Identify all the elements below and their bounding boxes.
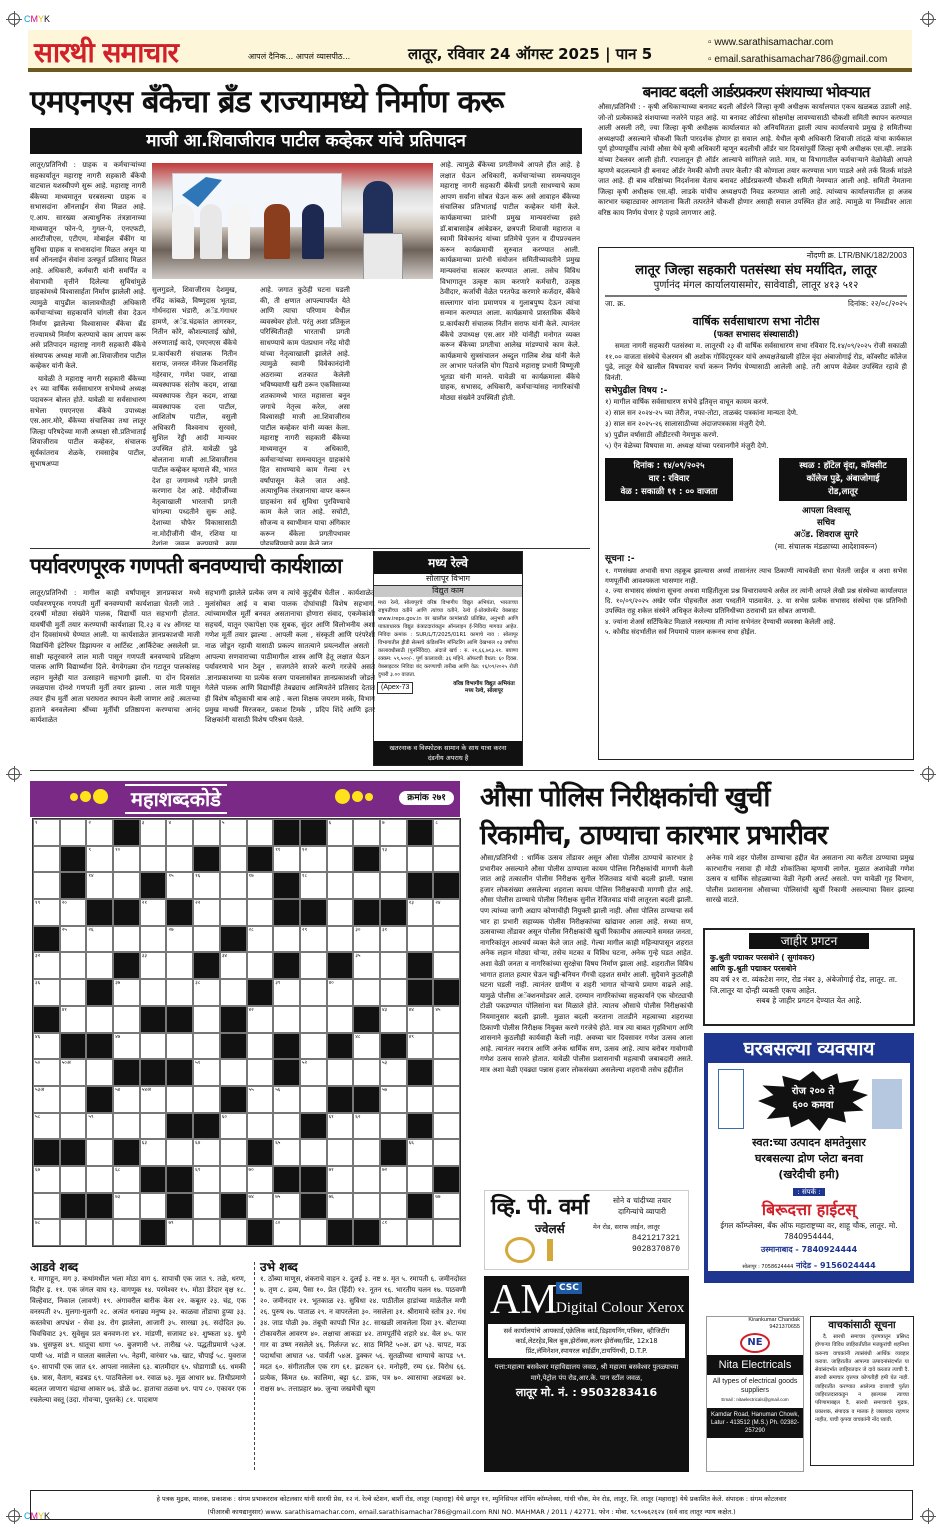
crossword-cell[interactable]: ६३: [140, 1139, 167, 1166]
crossword-cell[interactable]: ६२: [353, 1113, 380, 1140]
xerox-services: सर्व कार्यालयांचे आयकार्ड,एक्रेलिक कार्ड…: [488, 1324, 685, 1358]
crossword-cell[interactable]: [353, 979, 380, 1006]
crossword-cell[interactable]: [300, 979, 327, 1006]
crossword-cell[interactable]: २८: [247, 926, 274, 953]
ad-code: (Apex-73: [377, 682, 413, 693]
crossword-cell[interactable]: [166, 952, 193, 979]
crossword-block: [33, 1006, 60, 1033]
crossword-cell[interactable]: [327, 1006, 354, 1033]
crossword-cell[interactable]: ४०: [327, 979, 354, 1006]
xerox-phone: लातूर मो. नं. : 9503283416: [488, 1386, 685, 1401]
crossword-block: [327, 1219, 354, 1246]
agenda-item: २) साल सन २०२४-२५ च्या तेरीज, नफा-तोटा, …: [605, 408, 907, 419]
lead-column-3: आहे. जगात कुठेही घटना घडली की, ती क्षणात…: [260, 285, 350, 545]
side-headline: बनावट बदली आर्डरप्रकरण संशयाच्या भोवऱ्या…: [600, 82, 912, 102]
crossword-block: [86, 1086, 113, 1113]
crossword-cell[interactable]: ६८: [113, 1166, 140, 1193]
crossword-cell[interactable]: ६७: [33, 1166, 60, 1193]
crossword-cell[interactable]: ७३: [113, 1193, 140, 1220]
crossword-block: [300, 1193, 327, 1220]
crossword-block: [247, 979, 274, 1006]
crossword-cell[interactable]: ६९: [193, 1166, 220, 1193]
crossword-cell[interactable]: [300, 1219, 327, 1246]
crossword-cell[interactable]: ५५: [247, 1086, 274, 1113]
crossword-block: [86, 979, 113, 1006]
jeweller-ad: व्हि. पी. वर्मा ज्वेलर्स सोने व चांदीच्य…: [484, 1190, 689, 1270]
registration-mark-icon: [8, 768, 20, 780]
crossword-cell[interactable]: [166, 1033, 193, 1060]
crossword-grid[interactable]: १२३४५६७८९१०१११२१३१४१५१६१७१८१९२०२१२२२३२४२…: [32, 818, 461, 1247]
crossword-cell[interactable]: ५३अ: [33, 1086, 60, 1113]
crossword-block: [247, 1219, 274, 1246]
crossword-cell[interactable]: ७६: [327, 1193, 354, 1220]
crossword-cell[interactable]: [247, 819, 274, 846]
notice-subtitle: (फक्त सभासद संस्थासाठी): [605, 330, 907, 341]
crossword-cell[interactable]: १५: [166, 872, 193, 899]
crossword-cell[interactable]: [86, 1059, 113, 1086]
crossword-cell[interactable]: [407, 846, 434, 873]
crossword-cell[interactable]: [113, 926, 140, 953]
crossword-cell[interactable]: [193, 1219, 220, 1246]
crossword-cell[interactable]: ४९: [407, 1033, 434, 1060]
crossword-cell[interactable]: [140, 979, 167, 1006]
crossword-cell[interactable]: ७१: [327, 1166, 354, 1193]
crossword-cell[interactable]: १८: [300, 872, 327, 899]
crossword-cell[interactable]: [273, 1006, 300, 1033]
crossword-cell[interactable]: [380, 979, 407, 1006]
crossword-cell[interactable]: [407, 1166, 434, 1193]
crossword-cell[interactable]: ६५: [273, 1139, 300, 1166]
crossword-cell[interactable]: [86, 1139, 113, 1166]
crossword-cell[interactable]: [353, 1139, 380, 1166]
crossword-cell[interactable]: ६१: [327, 1113, 354, 1140]
crossword-cell[interactable]: ३९: [273, 979, 300, 1006]
crossword-cell[interactable]: [433, 1033, 460, 1060]
podium: [363, 233, 403, 279]
crossword-cell[interactable]: [220, 846, 247, 873]
public-notice-title: जाहीर प्रगटन: [749, 933, 869, 949]
crossword-cell[interactable]: २४: [433, 899, 460, 926]
crossword-cell[interactable]: [33, 1193, 60, 1220]
notice-title: वार्षिक सर्वसाधारण सभा नोटीस: [605, 315, 907, 330]
crossword-cell[interactable]: ७४: [247, 1193, 274, 1220]
crossword-cell[interactable]: [193, 819, 220, 846]
org-address: पुर्णानंद मंगल कार्यालयासमोर, सावेवाडी, …: [605, 279, 907, 297]
ganpati-headline: पर्यावरणपूरक गणपती बनवण्याची कार्यशाळा: [30, 552, 370, 580]
crossword-cell[interactable]: [433, 1059, 460, 1086]
crossword-cell[interactable]: [220, 1219, 247, 1246]
crossword-cell[interactable]: [166, 1139, 193, 1166]
cmyk-mark: CMYK: [24, 13, 50, 25]
crossword-block: [60, 1139, 87, 1166]
crossword-block: [300, 819, 327, 846]
crossword-cell[interactable]: ४६: [33, 1033, 60, 1060]
decorative-dots-icon: [70, 789, 120, 809]
crossword-block: [433, 872, 460, 899]
crossword-cell[interactable]: [220, 1166, 247, 1193]
crossword-cell[interactable]: [113, 1006, 140, 1033]
crossword-cell[interactable]: ४४: [407, 1006, 434, 1033]
crossword-cell[interactable]: ५२: [300, 1059, 327, 1086]
crossword-cell[interactable]: ३२: [33, 952, 60, 979]
crossword-cell[interactable]: [140, 846, 167, 873]
crossword-block: [407, 1193, 434, 1220]
crossword-block: [86, 899, 113, 926]
crossword-cell[interactable]: [380, 952, 407, 979]
crossword-cell[interactable]: ५०: [33, 1059, 60, 1086]
crossword-block: [60, 846, 87, 873]
crossword-cell[interactable]: [220, 1059, 247, 1086]
crossword-cell[interactable]: [300, 1086, 327, 1113]
crossword-cell[interactable]: ३६: [33, 979, 60, 1006]
decorative-dots-icon: [335, 789, 385, 809]
crossword-block: [220, 926, 247, 953]
crossword-cell[interactable]: [193, 1086, 220, 1113]
ref-label: जा. क्र.: [605, 299, 625, 309]
crossword-cell[interactable]: [60, 1113, 87, 1140]
crossword-cell[interactable]: ५०अ: [60, 1059, 87, 1086]
crossword-cell[interactable]: [60, 1086, 87, 1113]
crossword-cell[interactable]: [407, 926, 434, 953]
crossword-cell[interactable]: [33, 846, 60, 873]
crossword-cell[interactable]: [140, 1033, 167, 1060]
crossword-cell[interactable]: ९: [86, 846, 113, 873]
reader-notice: वाचकांसाठी सूचना दै. सारथी समाचार वृत्तप…: [810, 1316, 914, 1466]
crossword-cell[interactable]: ७९: [166, 1219, 193, 1246]
crossword-cell[interactable]: [113, 872, 140, 899]
crossword-cell[interactable]: १४: [86, 872, 113, 899]
crossword-block: [140, 1059, 167, 1086]
crossword-cell[interactable]: ७५: [273, 1193, 300, 1220]
crossword-cell[interactable]: ५९: [86, 1113, 113, 1140]
railway-safety-footer: खतरनाक व विस्फोटक सामान के साथ यात्रा कर…: [374, 741, 522, 765]
crossword-cell[interactable]: [300, 952, 327, 979]
lead-column-2: सुलगुडले, शिवाजीराव देशमुख, रविंद्र कांब…: [152, 285, 237, 545]
meeting-when: दिनांक : १४/०९/२०२५वार : रविवारवेळ : सका…: [605, 458, 733, 501]
crossword-block: [273, 952, 300, 979]
crossword-cell[interactable]: १३: [380, 846, 407, 873]
crossword-cell[interactable]: ३४: [220, 952, 247, 979]
machine-image: [872, 1079, 902, 1129]
crossword-cell[interactable]: [407, 1086, 434, 1113]
crossword-cell[interactable]: [380, 1113, 407, 1140]
crossword-block: [407, 872, 434, 899]
crossword-cell[interactable]: [327, 926, 354, 953]
xerox-ad: AM CSC Digital Colour Xerox सर्व कार्याल…: [484, 1276, 689, 1472]
crossword-cell[interactable]: ४५: [433, 1006, 460, 1033]
crossword-cell[interactable]: १०: [113, 846, 140, 873]
masthead: सारथी समाचार आपलं दैनिक... आपलं व्यासपीठ…: [28, 30, 912, 72]
crossword-cell[interactable]: [113, 1219, 140, 1246]
crossword-block: [33, 1139, 60, 1166]
crossword-cell[interactable]: ८०: [273, 1219, 300, 1246]
crossword-cell[interactable]: ७२: [380, 1166, 407, 1193]
crossword-block: [407, 979, 434, 1006]
crossword-cell[interactable]: ५: [220, 819, 247, 846]
crossword-cell[interactable]: [247, 1059, 274, 1086]
crossword-cell[interactable]: ४१: [60, 1006, 87, 1033]
crossword-block: [407, 952, 434, 979]
crossword-cell[interactable]: [33, 872, 60, 899]
crossword-block: [86, 1193, 113, 1220]
crossword-block: [407, 1059, 434, 1086]
crossword-cell[interactable]: [353, 1059, 380, 1086]
crossword-cell[interactable]: २९: [300, 926, 327, 953]
crossword-cell[interactable]: ३१: [380, 926, 407, 953]
crossword-cell[interactable]: २६: [86, 926, 113, 953]
crossword-cell[interactable]: [140, 926, 167, 953]
crossword-cell[interactable]: ४३: [380, 1006, 407, 1033]
crossword-cell[interactable]: [113, 1113, 140, 1140]
meeting-where: स्थळ : हॉटेल वृंदा, कॉक्सीटकॉलेज पुढे, अ…: [779, 458, 907, 501]
crossword-cell[interactable]: [433, 926, 460, 953]
crossword-block: [273, 1033, 300, 1060]
crossword-cell[interactable]: [327, 846, 354, 873]
police-column-2: अनेक गावे शहर पोलीस ठाण्याचा हद्दीत येत …: [706, 853, 914, 928]
crossword-block: [113, 952, 140, 979]
crossword-cell[interactable]: [353, 1166, 380, 1193]
crossword-block: [353, 1006, 380, 1033]
crossword-cell[interactable]: [273, 1113, 300, 1140]
crossword-cell[interactable]: [247, 1033, 274, 1060]
crossword-cell[interactable]: [247, 1113, 274, 1140]
imprint-footer: हे पत्रक मुद्रक, मालक, प्रकाशक : संगम प्…: [30, 1490, 913, 1520]
crossword-cell[interactable]: [433, 1113, 460, 1140]
crossword-cell[interactable]: [140, 1193, 167, 1220]
crossword-cell[interactable]: २: [86, 819, 113, 846]
crossword-cell[interactable]: ८१: [380, 1219, 407, 1246]
newspaper-logo: सारथी समाचार: [34, 34, 178, 72]
crossword-cell[interactable]: [86, 1006, 113, 1033]
crossword-cell[interactable]: ४: [166, 819, 193, 846]
crossword-cell[interactable]: [433, 846, 460, 873]
crossword-cell[interactable]: ५६: [273, 1086, 300, 1113]
side-story-body: औसा/प्रतिनिधी : - कृषी अधिकाऱ्याच्या बना…: [598, 102, 912, 242]
crossword-cell[interactable]: ५४अ: [140, 1086, 167, 1113]
crossword-cell[interactable]: ५१: [193, 1059, 220, 1086]
crossword-block: [300, 1113, 327, 1140]
crossword-cell[interactable]: [60, 1219, 87, 1246]
crossword-block: [273, 899, 300, 926]
crossword-cell[interactable]: १६: [193, 872, 220, 899]
crossword-cell[interactable]: [193, 926, 220, 953]
necklace-icon: [547, 1239, 553, 1261]
agenda-title: सभेपुढील विषय :-: [605, 385, 907, 397]
crossword-block: [380, 1033, 407, 1060]
crossword-cell[interactable]: [353, 1193, 380, 1220]
crossword-block: [247, 846, 274, 873]
crossword-cell[interactable]: २५: [60, 926, 87, 953]
crossword-cell[interactable]: १७: [247, 872, 274, 899]
crossword-block: [380, 899, 407, 926]
registration-mark-icon: [922, 1510, 934, 1522]
crossword-cell[interactable]: [140, 1113, 167, 1140]
crossword-cell[interactable]: ४२: [247, 1006, 274, 1033]
crossword-cell[interactable]: [327, 1139, 354, 1166]
crossword-block: [60, 1033, 87, 1060]
railway-title: मध्य रेल्वे: [374, 552, 522, 574]
jeweller-sub: ज्वेलर्स: [535, 1221, 565, 1237]
crossword-cell[interactable]: [353, 819, 380, 846]
crossword-block: [380, 1139, 407, 1166]
machine-image: [718, 1069, 744, 1129]
crossword-block: [113, 819, 140, 846]
registration-number: नोंदणी क्र. LTR/BNK/182/2003: [605, 251, 907, 262]
crossword-cell[interactable]: ३०: [353, 926, 380, 953]
crossword-cell[interactable]: ५७: [380, 1086, 407, 1113]
starburst: रोज २०० ते ६०० कमवा: [758, 1071, 868, 1131]
crossword-cell[interactable]: [327, 872, 354, 899]
crossword-cell[interactable]: [433, 1139, 460, 1166]
crossword-cell[interactable]: [327, 899, 354, 926]
crossword-cell[interactable]: ५३: [380, 1059, 407, 1086]
crossword-cell[interactable]: ३: [140, 819, 167, 846]
crossword-cell[interactable]: ७: [380, 819, 407, 846]
crossword-block: [113, 1059, 140, 1086]
crossword-cell[interactable]: ११: [273, 846, 300, 873]
crossword-cell[interactable]: [247, 899, 274, 926]
crossword-cell[interactable]: २०: [60, 899, 87, 926]
reader-notice-title: वाचकांसाठी सूचना: [815, 1319, 909, 1333]
crossword-block: [140, 872, 167, 899]
crossword-cell[interactable]: [193, 1193, 220, 1220]
crossword-cell[interactable]: ६४: [193, 1139, 220, 1166]
xerox-address: पत्ता:महात्मा बसवेश्वर महाविद्यालय जवळ, …: [488, 1362, 685, 1383]
crossword-block: [140, 1006, 167, 1033]
crossword-cell[interactable]: ७०: [247, 1166, 274, 1193]
crossword-cell[interactable]: [433, 952, 460, 979]
crossword-cell[interactable]: १९: [33, 899, 60, 926]
crossword-block: [433, 979, 460, 1006]
crossword-cell[interactable]: [220, 872, 247, 899]
registration-mark-icon: [8, 13, 20, 25]
crossword-block: [407, 1113, 434, 1140]
crossword-cell[interactable]: ६६: [407, 1139, 434, 1166]
crossword-cell[interactable]: २१: [140, 899, 167, 926]
crossword-cell[interactable]: [300, 1139, 327, 1166]
railway-work: विद्युत काम: [374, 586, 522, 597]
crossword-block: [327, 952, 354, 979]
crossword-cell[interactable]: १: [33, 819, 60, 846]
lead-photo: [152, 163, 433, 279]
crossword-cell[interactable]: [327, 1059, 354, 1086]
crossword-cell[interactable]: [380, 1193, 407, 1220]
crossword-cell[interactable]: [273, 926, 300, 953]
crossword-cell[interactable]: [86, 1219, 113, 1246]
crossword-cell[interactable]: [220, 899, 247, 926]
crossword-block: [166, 1113, 193, 1140]
crossword-cell[interactable]: [353, 872, 380, 899]
crossword-cell[interactable]: [60, 819, 87, 846]
crossword-block: [166, 1006, 193, 1033]
crossword-cell[interactable]: [166, 979, 193, 1006]
crossword-block: [193, 952, 220, 979]
crossword-cell[interactable]: ३८: [193, 979, 220, 1006]
crossword-block: [300, 1166, 327, 1193]
railway-body: मध्य रेल्वे, सोलापूरचे वरिष्ठ विभागीय वि…: [374, 597, 522, 681]
crossword-cell[interactable]: [166, 846, 193, 873]
public-notice: जाहीर प्रगटन कु.श्रुती पद्माकर परसबोने (…: [703, 928, 915, 1026]
lead-column-1: लातूर/प्रतिनिधी : ग्राहक व कर्मचाऱ्यांच्…: [30, 160, 146, 544]
crossword-cell[interactable]: ५८: [33, 1113, 60, 1140]
crossword-cell[interactable]: [433, 1086, 460, 1113]
crossword-block: [220, 1193, 247, 1220]
crossword-block: [113, 1139, 140, 1166]
crossword-cell[interactable]: [193, 1033, 220, 1060]
crossword-cell[interactable]: [300, 1006, 327, 1033]
crossword-block: [273, 819, 300, 846]
crossword-cell[interactable]: [60, 952, 87, 979]
crossword-cell[interactable]: २७: [166, 926, 193, 953]
crossword-cell[interactable]: ७७: [433, 1193, 460, 1220]
crossword-block: [193, 846, 220, 873]
crossword-header: महाशब्दकोडे क्रमांक २७१: [30, 781, 460, 817]
crossword-cell[interactable]: [220, 1139, 247, 1166]
crossword-cell[interactable]: [407, 1219, 434, 1246]
crossword-cell[interactable]: [247, 952, 274, 979]
crossword-cell[interactable]: [380, 872, 407, 899]
crossword-cell[interactable]: [60, 1166, 87, 1193]
crossword-cell[interactable]: ४८: [353, 1033, 380, 1060]
agm-notice: नोंदणी क्र. LTR/BNK/182/2003 लातूर जिल्ह…: [598, 247, 914, 760]
registration-mark-icon: [922, 13, 934, 25]
crossword-cell[interactable]: [86, 1166, 113, 1193]
lead-subheadline: माजी आ.शिवाजीराव पाटील कव्हेकर यांचे प्र…: [30, 128, 582, 154]
notice-body: समता नागरी सहकारी पतसंस्था म. लातूरची २३…: [605, 341, 907, 383]
agenda-item: ५) ऐन वेळेच्या विषयास मा. अध्यक्ष यांच्य…: [605, 441, 907, 452]
crossword-cell[interactable]: ६: [327, 819, 354, 846]
crossword-cell[interactable]: १२: [300, 846, 327, 873]
electrical-name: Nita Electricals: [707, 1355, 803, 1375]
crossword-cell[interactable]: [300, 1033, 327, 1060]
email-link[interactable]: email.sarathisamachar786@gmail.com: [708, 54, 887, 65]
crossword-block: [33, 926, 60, 953]
crossword-block: [247, 1139, 274, 1166]
crossword-cell[interactable]: ६०: [220, 1113, 247, 1140]
crossword-block: [273, 1059, 300, 1086]
crossword-cell[interactable]: [433, 1219, 460, 1246]
crossword-cell[interactable]: २३: [407, 899, 434, 926]
agenda-item: ४) पुढील वर्षासाठी ऑडीटरची नेमणुक करणे.: [605, 430, 907, 441]
website-link[interactable]: www.sarathisamachar.com: [708, 37, 833, 48]
crossword-block: [113, 899, 140, 926]
crossword-cell[interactable]: ३५: [353, 952, 380, 979]
crossword-cell[interactable]: ३३: [140, 952, 167, 979]
crossword-cell[interactable]: [86, 952, 113, 979]
crossword-cell[interactable]: ७८: [33, 1219, 60, 1246]
crossword-cell[interactable]: ३७: [113, 979, 140, 1006]
crossword-block: [193, 1113, 220, 1140]
crossword-block: [433, 1166, 460, 1193]
crossword-block: [60, 872, 87, 899]
notice-date: दिनांक: २२/०८/२०२५: [848, 299, 907, 309]
crossword-block: [166, 1059, 193, 1086]
crossword-cell[interactable]: [166, 1086, 193, 1113]
crossword-block: [166, 899, 193, 926]
crossword-cell[interactable]: [193, 1006, 220, 1033]
tagline: आपलं दैनिक... आपलं व्यासपीठ...: [248, 52, 350, 63]
crossword-cell[interactable]: [60, 979, 87, 1006]
crossword-cell[interactable]: ४७: [113, 1033, 140, 1060]
crossword-cell[interactable]: २२: [193, 899, 220, 926]
crossword-cell[interactable]: [220, 979, 247, 1006]
crossword-cell[interactable]: ८: [433, 819, 460, 846]
crossword-block: [327, 1086, 354, 1113]
crossword-block: [300, 899, 327, 926]
railway-tender-ad: मध्य रेल्वे सोलापूर विभाग विद्युत काम मध…: [373, 551, 523, 766]
crossword-block: [140, 1219, 167, 1246]
crossword-cell[interactable]: ५४: [113, 1086, 140, 1113]
